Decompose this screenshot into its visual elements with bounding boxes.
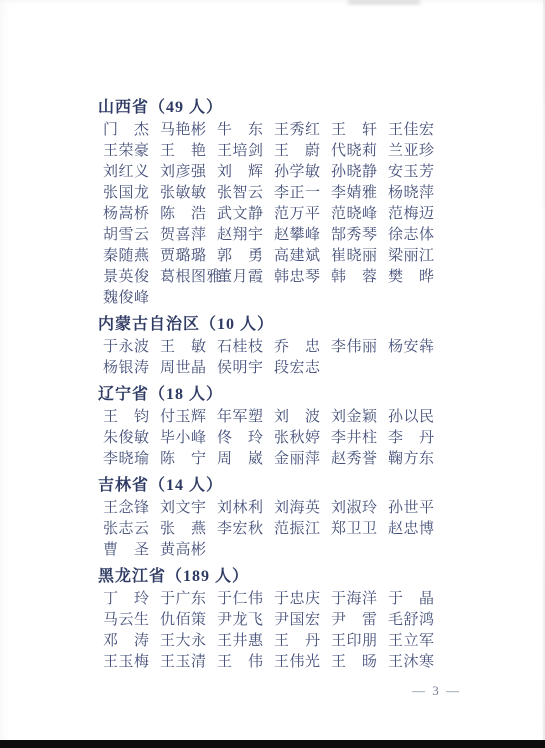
person-name: 李婧雅 (331, 183, 388, 204)
person-name: 鞠方东 (388, 449, 445, 470)
person-name: 张智云 (217, 183, 274, 204)
person-name: 刘海英 (274, 498, 331, 519)
person-name: 牛 东 (217, 120, 274, 141)
person-name: 李井柱 (331, 428, 388, 449)
person-name: 王大永 (160, 631, 217, 652)
person-name: 毕小峰 (160, 428, 217, 449)
name-grid: 王 钧付玉辉年军塑刘 波刘金颖孙以民朱俊敏毕小峰佟 玲张秋婷李井柱李 丹李晓瑜陈… (103, 407, 445, 470)
person-name: 赵忠博 (388, 519, 445, 540)
person-name: 佟 玲 (217, 428, 274, 449)
roster-content: 山西省（49 人） 门 杰马艳彬牛 东王秀红王 轩王佳宏王荣豪王 艳王培剑王 蔚… (0, 0, 545, 673)
person-name: 于海洋 (331, 589, 388, 610)
person-name: 王 敏 (160, 337, 217, 358)
person-name: 刘金颖 (331, 407, 388, 428)
province-title: 山西省（49 人） (98, 98, 545, 117)
person-name: 金丽萍 (274, 449, 331, 470)
person-name: 张敏敏 (160, 183, 217, 204)
name-grid: 丁 玲于广东于仁伟于忠庆于海洋于 晶马云生仇佰策尹龙飞尹国宏尹 雷毛舒鸿邓 涛王… (103, 589, 445, 673)
person-name: 王荣豪 (103, 141, 160, 162)
person-name: 兰亚珍 (388, 141, 445, 162)
person-name: 乔 忠 (274, 337, 331, 358)
person-name: 徐志体 (388, 225, 445, 246)
person-name: 张秋婷 (274, 428, 331, 449)
person-name: 侯明宇 (217, 358, 274, 379)
scan-edge-bottom (0, 740, 545, 748)
person-name: 葛根图雅 (160, 267, 217, 288)
name-grid: 门 杰马艳彬牛 东王秀红王 轩王佳宏王荣豪王 艳王培剑王 蔚代晓莉兰亚珍刘红义刘… (103, 120, 445, 309)
person-name: 高建斌 (274, 246, 331, 267)
person-name: 王沐寒 (388, 652, 445, 673)
person-name: 于仁伟 (217, 589, 274, 610)
person-name: 范万平 (274, 204, 331, 225)
person-name: 门 杰 (103, 120, 160, 141)
province-title: 黑龙江省（189 人） (98, 567, 545, 586)
person-name: 韩忠琴 (274, 267, 331, 288)
person-name: 范梅迈 (388, 204, 445, 225)
scan-artifact-top (348, 0, 420, 4)
person-name: 刘淑玲 (331, 498, 388, 519)
person-name: 朱俊敏 (103, 428, 160, 449)
person-name: 李晓瑜 (103, 449, 160, 470)
person-name: 王 钧 (103, 407, 160, 428)
person-name: 胡雪云 (103, 225, 160, 246)
scanned-document-page: 山西省（49 人） 门 杰马艳彬牛 东王秀红王 轩王佳宏王荣豪王 艳王培剑王 蔚… (0, 0, 545, 748)
person-name: 郑卫卫 (331, 519, 388, 540)
person-name: 孙以民 (388, 407, 445, 428)
person-name: 付玉辉 (160, 407, 217, 428)
person-name: 于忠庆 (274, 589, 331, 610)
name-grid: 于永波王 敏石桂枝乔 忠李伟丽杨安犇杨银涛周世晶侯明宇段宏志 (103, 337, 445, 379)
person-name: 赵攀峰 (274, 225, 331, 246)
person-name: 于永波 (103, 337, 160, 358)
name-grid: 王念锋刘文宇刘林利刘海英刘淑玲孙世平张志云张 燕李宏秋范振江郑卫卫赵忠博曹 圣黄… (103, 498, 445, 561)
person-name: 孙晓静 (331, 162, 388, 183)
province-title: 辽宁省（18 人） (98, 385, 545, 404)
person-name: 刘彦强 (160, 162, 217, 183)
person-name: 丁 玲 (103, 589, 160, 610)
province-section: 山西省（49 人） 门 杰马艳彬牛 东王秀红王 轩王佳宏王荣豪王 艳王培剑王 蔚… (98, 98, 545, 309)
person-name: 范振江 (274, 519, 331, 540)
person-name: 王秀红 (274, 120, 331, 141)
person-name: 赵翔宇 (217, 225, 274, 246)
person-name: 刘 波 (274, 407, 331, 428)
person-name: 代晓莉 (331, 141, 388, 162)
person-name: 刘林利 (217, 498, 274, 519)
person-name: 尹龙飞 (217, 610, 274, 631)
person-name: 王玉梅 (103, 652, 160, 673)
person-name: 韩 蓉 (331, 267, 388, 288)
person-name: 年军塑 (217, 407, 274, 428)
person-name: 崔晓丽 (331, 246, 388, 267)
person-name: 魏俊峰 (103, 288, 160, 309)
person-name: 王印朋 (331, 631, 388, 652)
person-name: 毛舒鸿 (388, 610, 445, 631)
person-name: 王念锋 (103, 498, 160, 519)
person-name: 梁丽江 (388, 246, 445, 267)
person-name: 董月霞 (217, 267, 274, 288)
person-name: 孙学敏 (274, 162, 331, 183)
person-name: 郭 勇 (217, 246, 274, 267)
person-name: 陈 浩 (160, 204, 217, 225)
person-name: 王 艳 (160, 141, 217, 162)
person-name: 周世晶 (160, 358, 217, 379)
person-name: 杨嵩桥 (103, 204, 160, 225)
person-name: 马云生 (103, 610, 160, 631)
person-name: 王 轩 (331, 120, 388, 141)
person-name: 王佳宏 (388, 120, 445, 141)
person-name: 安玉芳 (388, 162, 445, 183)
person-name: 尹 雷 (331, 610, 388, 631)
person-name: 王玉清 (160, 652, 217, 673)
person-name: 郜秀琴 (331, 225, 388, 246)
person-name: 赵秀誉 (331, 449, 388, 470)
person-name: 李 丹 (388, 428, 445, 449)
province-section: 内蒙古自治区（10 人） 于永波王 敏石桂枝乔 忠李伟丽杨安犇杨银涛周世晶侯明宇… (98, 315, 545, 379)
person-name: 范晓峰 (331, 204, 388, 225)
person-name: 杨晓萍 (388, 183, 445, 204)
page-number: — 3 — (412, 683, 461, 699)
person-name: 王 旸 (331, 652, 388, 673)
person-name: 张 燕 (160, 519, 217, 540)
person-name: 杨银涛 (103, 358, 160, 379)
person-name: 李伟丽 (331, 337, 388, 358)
person-name: 于 晶 (388, 589, 445, 610)
person-name: 曹 圣 (103, 540, 160, 561)
province-section: 黑龙江省（189 人） 丁 玲于广东于仁伟于忠庆于海洋于 晶马云生仇佰策尹龙飞尹… (98, 567, 545, 673)
person-name: 尹国宏 (274, 610, 331, 631)
province-title: 内蒙古自治区（10 人） (98, 315, 545, 334)
person-name: 孙世平 (388, 498, 445, 519)
person-name: 石桂枝 (217, 337, 274, 358)
person-name: 陈 宁 (160, 449, 217, 470)
person-name: 贾璐璐 (160, 246, 217, 267)
person-name: 李正一 (274, 183, 331, 204)
person-name: 马艳彬 (160, 120, 217, 141)
person-name: 武文静 (217, 204, 274, 225)
person-name: 刘红义 (103, 162, 160, 183)
person-name: 仇佰策 (160, 610, 217, 631)
person-name: 刘文宇 (160, 498, 217, 519)
person-name: 李宏秋 (217, 519, 274, 540)
person-name: 黄高彬 (160, 540, 217, 561)
person-name: 刘 辉 (217, 162, 274, 183)
person-name: 贺喜萍 (160, 225, 217, 246)
person-name: 张志云 (103, 519, 160, 540)
person-name: 王 伟 (217, 652, 274, 673)
person-name: 张国龙 (103, 183, 160, 204)
person-name: 王培剑 (217, 141, 274, 162)
person-name: 段宏志 (274, 358, 331, 379)
person-name: 王伟光 (274, 652, 331, 673)
person-name: 王井惠 (217, 631, 274, 652)
person-name: 景英俊 (103, 267, 160, 288)
person-name: 樊 晔 (388, 267, 445, 288)
person-name: 王 丹 (274, 631, 331, 652)
province-title: 吉林省（14 人） (98, 476, 545, 495)
person-name: 杨安犇 (388, 337, 445, 358)
person-name: 周 崴 (217, 449, 274, 470)
person-name: 邓 涛 (103, 631, 160, 652)
province-section: 吉林省（14 人） 王念锋刘文宇刘林利刘海英刘淑玲孙世平张志云张 燕李宏秋范振江… (98, 476, 545, 561)
person-name: 于广东 (160, 589, 217, 610)
person-name: 秦随燕 (103, 246, 160, 267)
person-name: 王 蔚 (274, 141, 331, 162)
province-section: 辽宁省（18 人） 王 钧付玉辉年军塑刘 波刘金颖孙以民朱俊敏毕小峰佟 玲张秋婷… (98, 385, 545, 470)
person-name: 王立军 (388, 631, 445, 652)
